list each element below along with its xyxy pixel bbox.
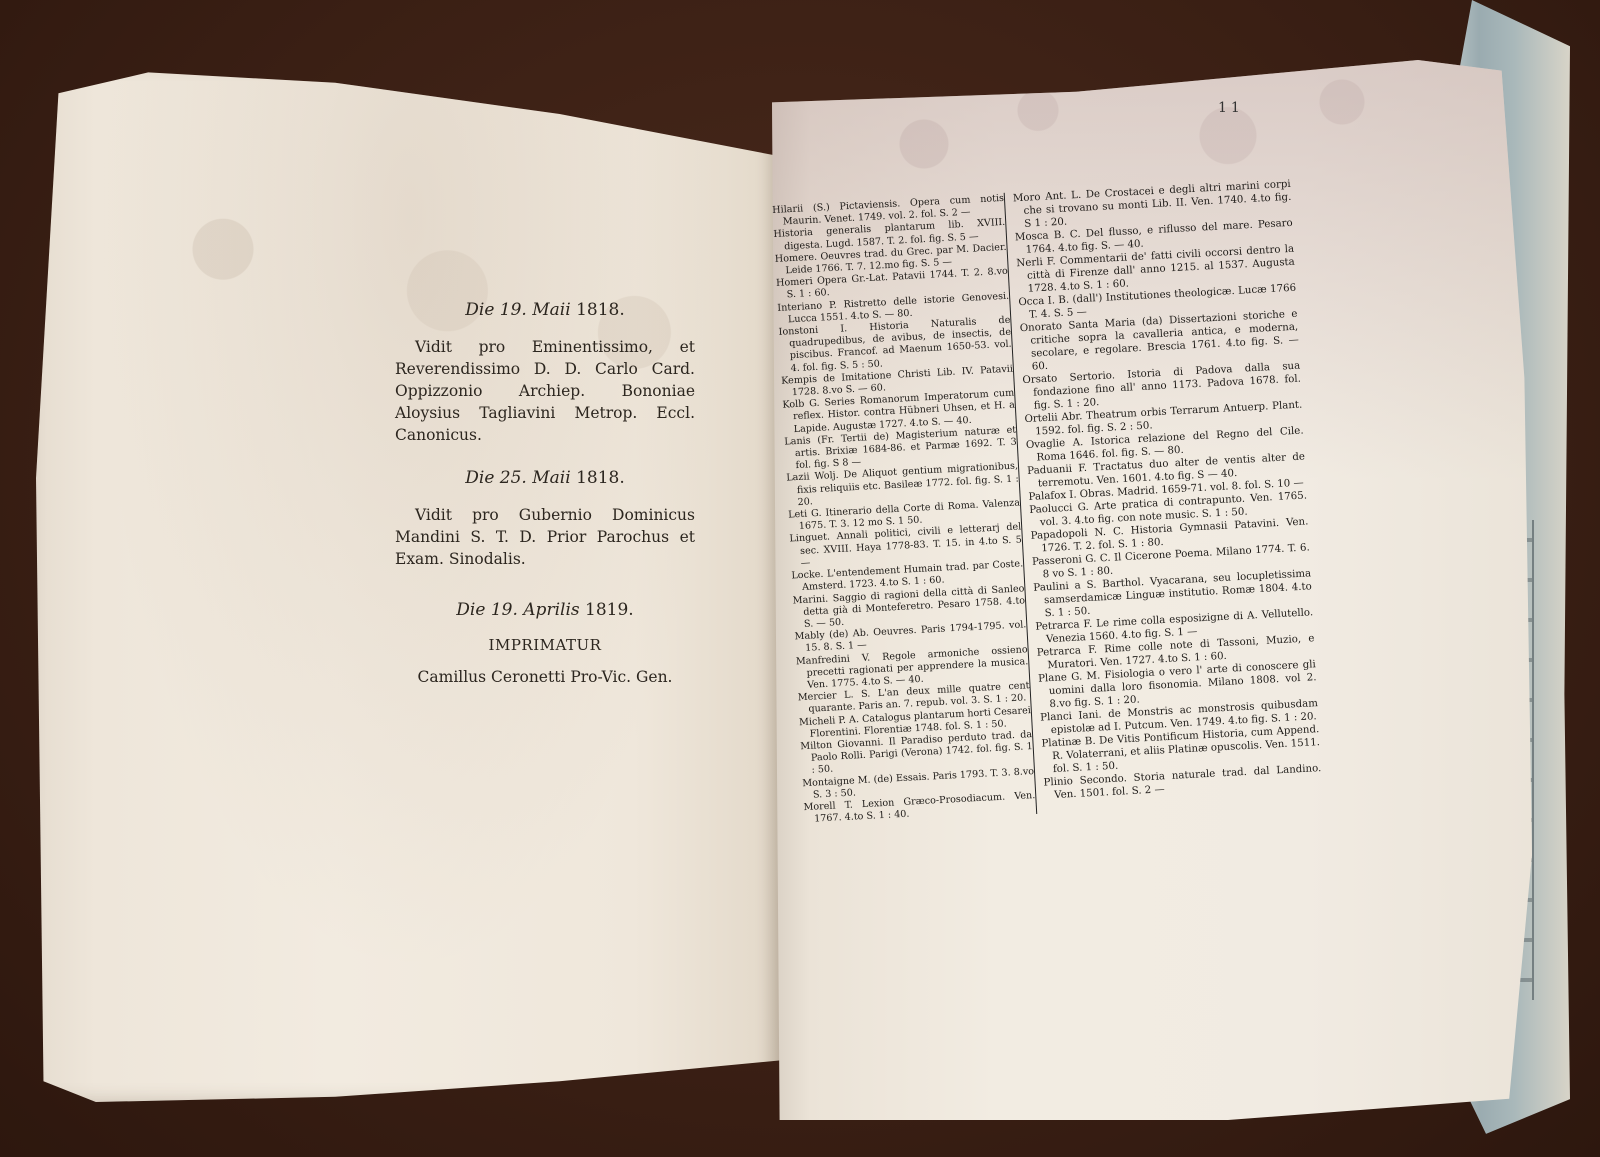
signatory: Camillus Ceronetti Pro-Vic. Gen. — [395, 668, 695, 686]
open-book: Die 19. Maii 1818. Vidit pro Eminentissi… — [0, 0, 1600, 1157]
catalog-columns: Hilarii (S.) Pictaviensis. Opera cum not… — [772, 178, 1324, 827]
catalog-left-column: Hilarii (S.) Pictaviensis. Opera cum not… — [772, 193, 1036, 827]
approvals-block: Die 19. Maii 1818. Vidit pro Eminentissi… — [395, 300, 695, 686]
approval-text-2: Vidit pro Gubernio Dominicus Mandini S. … — [395, 504, 695, 570]
page-number: 11 — [1218, 100, 1244, 116]
approval-date-2: Die 25. Maii 1818. — [395, 468, 695, 488]
approval-date-1: Die 19. Maii 1818. — [395, 300, 695, 320]
imprimatur-heading: IMPRIMATUR — [395, 636, 695, 654]
approval-date-3: Die 19. Aprilis 1819. — [395, 600, 695, 620]
catalog-right-column: Moro Ant. L. De Crostacei e degli altri … — [1004, 178, 1323, 815]
approval-text-1: Vidit pro Eminentissimo, et Reverendissi… — [395, 336, 695, 446]
